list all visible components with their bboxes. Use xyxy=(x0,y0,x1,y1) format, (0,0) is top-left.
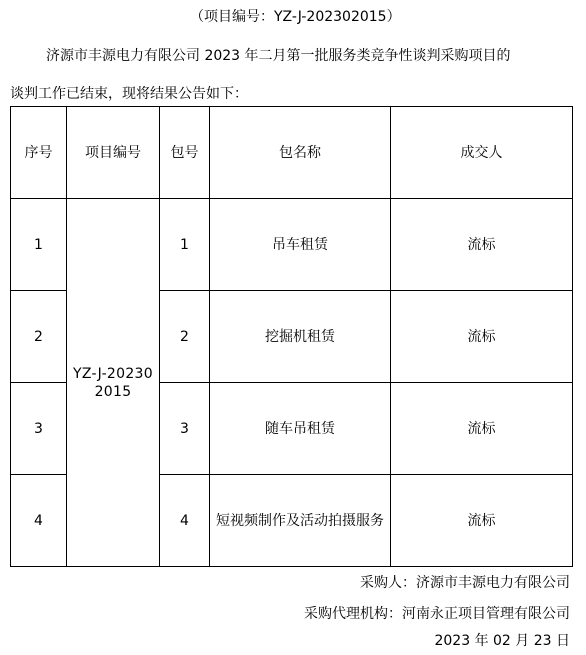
row-package-name: 短视频制作及活动拍摄服务 xyxy=(210,475,391,567)
row-package-name: 随车吊租赁 xyxy=(210,383,391,475)
agent-line: 采购代理机构：河南永正项目管理有限公司 xyxy=(304,605,570,623)
row-package-number: 1 xyxy=(160,199,210,291)
row-package-number: 2 xyxy=(160,291,210,383)
row-index: 3 xyxy=(11,383,67,475)
table-header-row: 序号 项目编号 包号 包名称 成交人 xyxy=(11,107,573,199)
project-number-cell: YZ-J-20230 2015 xyxy=(67,199,160,567)
results-table: 序号 项目编号 包号 包名称 成交人 1 YZ-J-20230 2015 1 吊… xyxy=(10,106,573,567)
project-number-part-2: 2015 xyxy=(73,383,153,401)
row-winner: 流标 xyxy=(391,199,573,291)
row-winner: 流标 xyxy=(391,383,573,475)
row-package-number: 4 xyxy=(160,475,210,567)
row-index: 1 xyxy=(11,199,67,291)
row-package-name: 吊车租赁 xyxy=(210,199,391,291)
table-row: 1 YZ-J-20230 2015 1 吊车租赁 流标 xyxy=(11,199,573,291)
header-index: 序号 xyxy=(11,107,67,199)
row-package-number: 3 xyxy=(160,383,210,475)
header-winner: 成交人 xyxy=(391,107,573,199)
row-index: 2 xyxy=(11,291,67,383)
header-package-number: 包号 xyxy=(160,107,210,199)
header-project-number: 项目编号 xyxy=(67,107,160,199)
header-package-name: 包名称 xyxy=(210,107,391,199)
intro-paragraph-line-2: 谈判工作已结束，现将结果公告如下： xyxy=(10,85,248,103)
buyer-line: 采购人：济源市丰源电力有限公司 xyxy=(360,574,570,592)
row-package-name: 挖掘机租赁 xyxy=(210,291,391,383)
row-index: 4 xyxy=(11,475,67,567)
project-number-heading: （项目编号：YZ-J-202302015） xyxy=(190,8,401,26)
row-winner: 流标 xyxy=(391,475,573,567)
project-number-part-1: YZ-J-20230 xyxy=(73,365,153,383)
intro-paragraph-line-1: 济源市丰源电力有限公司 2023 年二月第一批服务类竞争性谈判采购项目的 xyxy=(46,47,511,65)
date-line: 2023 年 02 月 23 日 xyxy=(434,632,570,650)
row-winner: 流标 xyxy=(391,291,573,383)
